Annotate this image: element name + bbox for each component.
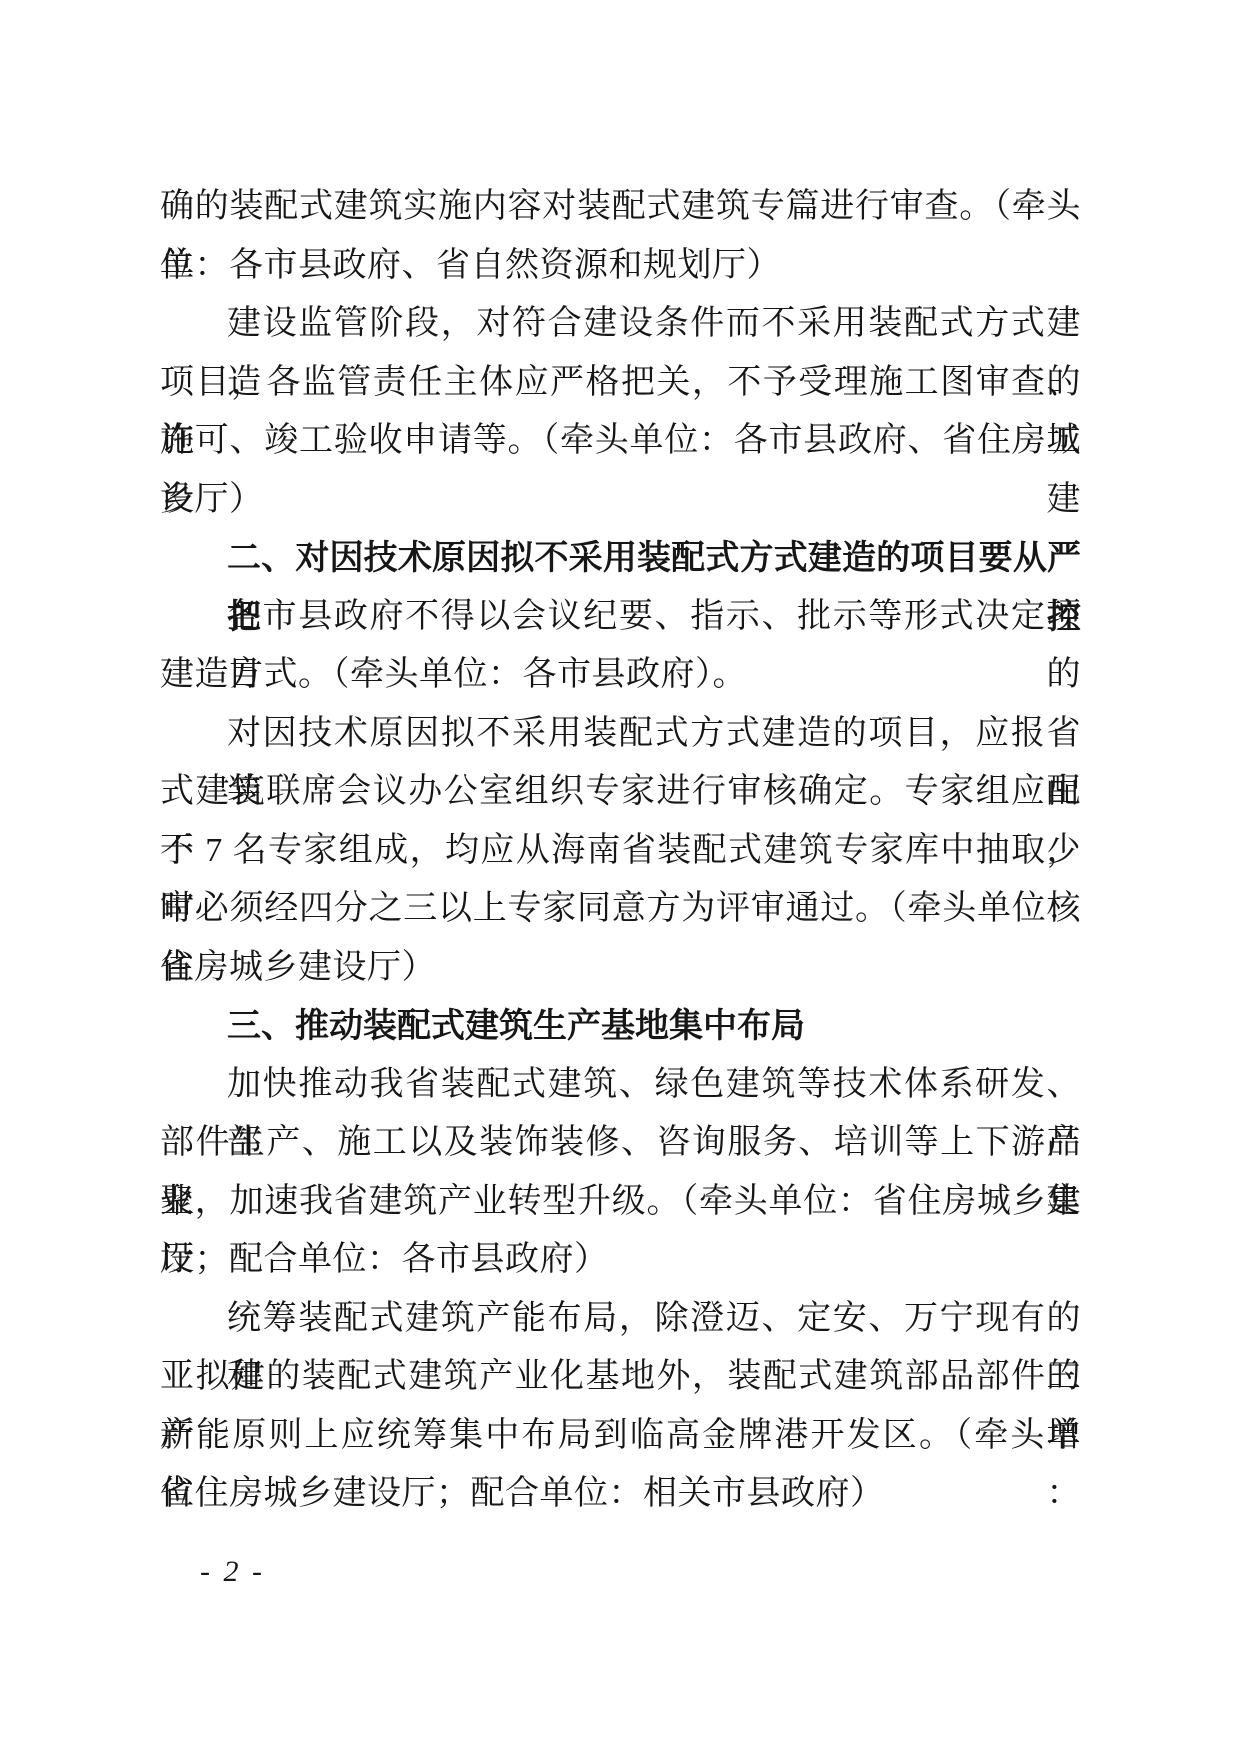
page-number: - 2 -	[200, 1552, 265, 1592]
document-line: 于 7 名专家组成，均应从海南省装配式建筑专家库中抽取，审核	[160, 822, 1081, 881]
document-line: 式建筑联席会议办公室组织专家进行审核确定。专家组应由不少	[160, 763, 1081, 822]
document-text-block: 确的装配式建筑实施内容对装配式建筑专篇进行审查。（牵头单 位：各市县政府、省自然…	[160, 178, 1081, 1524]
document-line: 建设监管阶段，对符合建设条件而不采用装配式方式建造的	[160, 295, 1081, 354]
document-line: 确的装配式建筑实施内容对装配式建筑专篇进行审查。（牵头单	[160, 178, 1081, 237]
document-line: 产能原则上应统筹集中布局到临高金牌港开发区。（牵头单位：	[160, 1407, 1081, 1466]
section-heading-3: 三、推动装配式建筑生产基地集中布局	[160, 997, 1081, 1056]
document-line: 亚拟建的装配式建筑产业化基地外，装配式建筑部品部件的新增	[160, 1348, 1081, 1407]
document-page: 确的装配式建筑实施内容对装配式建筑专篇进行审查。（牵头单 位：各市县政府、省自然…	[0, 0, 1241, 1755]
document-line: 部件生产、施工以及装饰装修、咨询服务、培训等上下游产业集	[160, 1114, 1081, 1173]
document-line: 加快推动我省装配式建筑、绿色建筑等技术体系研发、部品	[160, 1056, 1081, 1115]
document-line: 对因技术原因拟不采用装配式方式建造的项目，应报省装配	[160, 705, 1081, 764]
document-line: 许可、竣工验收申请等。（牵头单位：各市县政府、省住房城乡建	[160, 412, 1081, 471]
document-line: 统筹装配式建筑产能布局，除澄迈、定安、万宁现有的和三	[160, 1290, 1081, 1349]
section-heading-2: 二、对因技术原因拟不采用装配式方式建造的项目要从严把控	[160, 529, 1081, 588]
document-line: 项目，各监管责任主体应严格把关，不予受理施工图审查、施工	[160, 354, 1081, 413]
document-line: 住房城乡建设厅）	[160, 939, 1081, 998]
document-line: 各市县政府不得以会议纪要、指示、批示等形式决定项目的	[160, 588, 1081, 647]
document-line: 位：各市县政府、省自然资源和规划厅）	[160, 237, 1081, 296]
document-line: 聚，加速我省建筑产业转型升级。（牵头单位：省住房城乡建设	[160, 1173, 1081, 1232]
document-line: 时必须经四分之三以上专家同意方为评审通过。（牵头单位：省	[160, 880, 1081, 939]
document-line: 厅；配合单位：各市县政府）	[160, 1231, 1081, 1290]
